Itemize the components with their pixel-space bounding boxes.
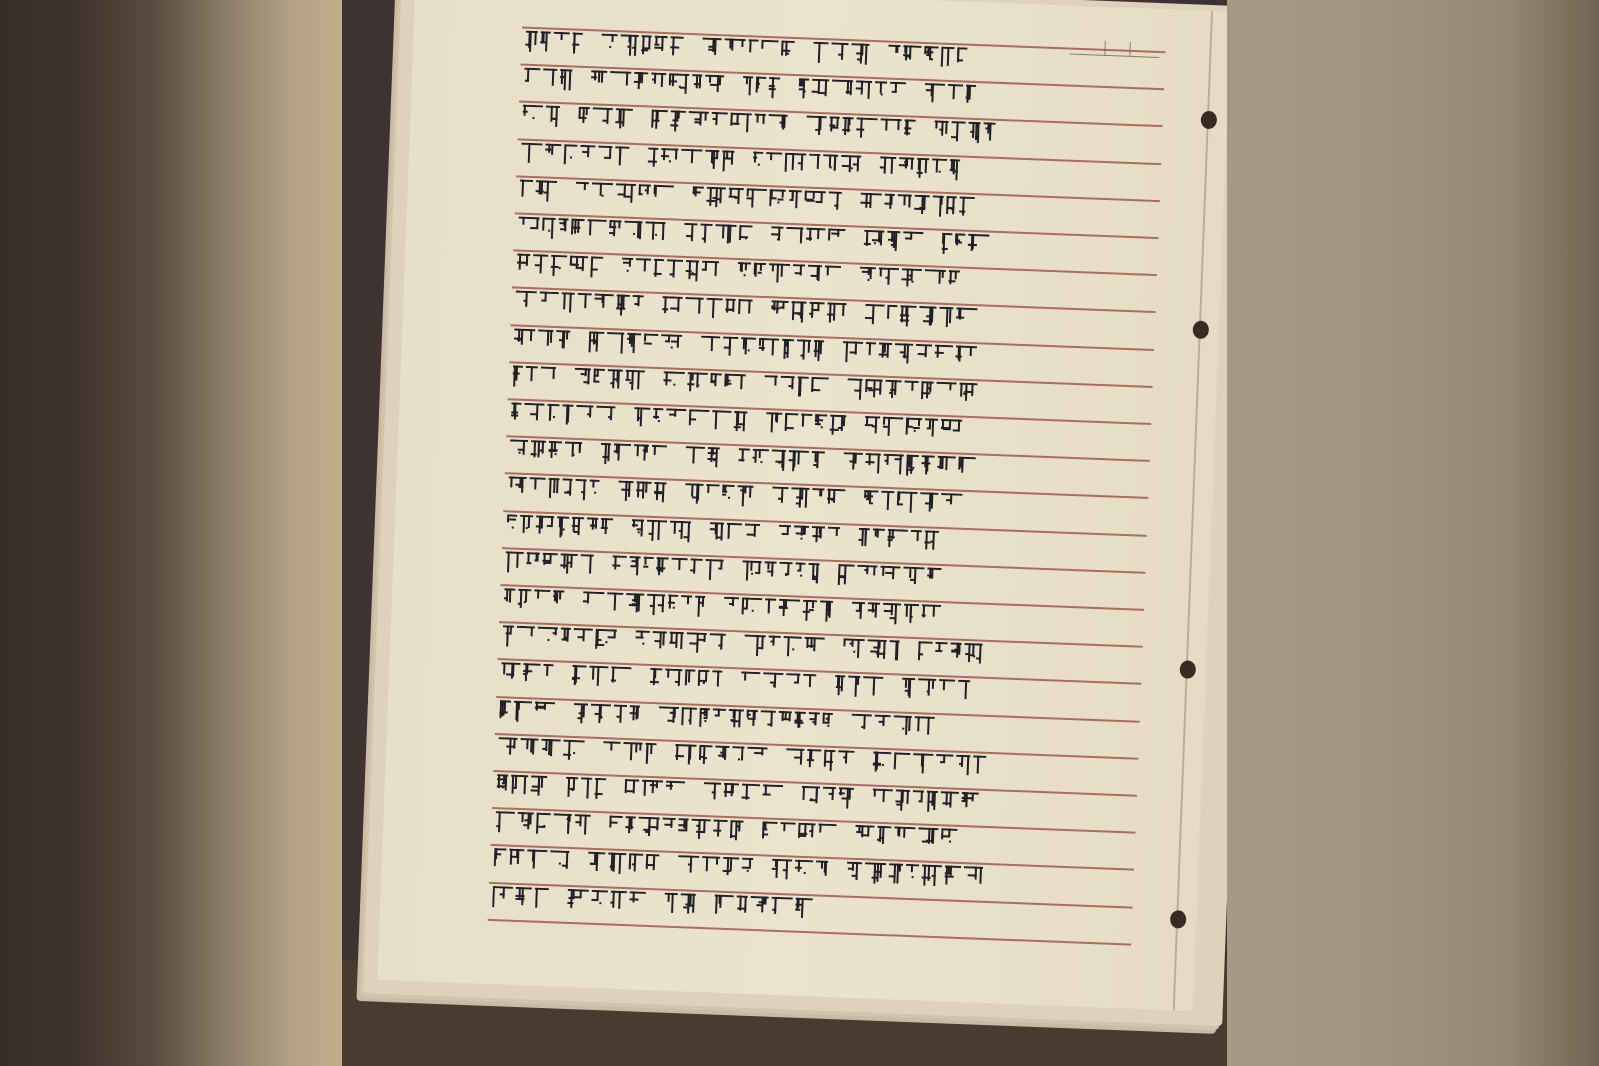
handwritten-glyph — [523, 663, 541, 690]
handwritten-glyph — [643, 556, 654, 582]
handwritten-glyph — [706, 187, 726, 214]
handwritten-glyph — [877, 826, 892, 853]
handwritten-glyph — [587, 852, 605, 879]
handwritten-glyph — [872, 751, 891, 778]
handwritten-glyph — [959, 382, 978, 409]
handwritten-glyph — [884, 193, 895, 219]
handwritten-glyph — [575, 405, 593, 432]
handwritten-glyph — [588, 666, 608, 693]
handwritten-glyph — [931, 158, 947, 185]
handwritten-glyph — [575, 182, 589, 208]
handwritten-glyph — [610, 667, 631, 694]
handwritten-glyph — [688, 409, 709, 436]
handwritten-glyph — [616, 295, 630, 321]
handwritten-glyph — [521, 142, 543, 169]
handwritten-glyph — [762, 673, 783, 700]
handwritten-glyph — [788, 450, 809, 477]
handwritten-glyph — [612, 555, 627, 582]
handwritten-glyph — [753, 263, 766, 289]
handwritten-glyph — [888, 45, 901, 71]
handwritten-glyph — [513, 700, 532, 727]
handwritten-glyph — [574, 814, 591, 841]
handwritten-glyph — [721, 150, 734, 176]
handwritten-glyph — [880, 119, 902, 146]
handwritten-glyph — [493, 848, 506, 874]
handwritten-glyph — [609, 816, 623, 842]
handwritten-glyph — [641, 780, 663, 807]
handwritten-glyph — [700, 224, 713, 250]
handwritten-glyph — [878, 342, 892, 368]
handwritten-glyph — [512, 365, 523, 391]
handwritten-glyph — [940, 493, 962, 520]
handwritten-glyph — [801, 786, 820, 813]
handwritten-glyph — [550, 255, 567, 282]
handwritten-glyph — [793, 525, 809, 552]
handwritten-glyph — [748, 39, 759, 65]
handwritten-glyph — [771, 450, 786, 477]
handwritten-glyph — [625, 816, 636, 842]
handwritten-glyph — [865, 379, 883, 406]
handwritten-glyph — [838, 787, 854, 814]
handwritten-glyph — [499, 700, 511, 726]
handwritten-glyph — [750, 896, 769, 923]
handwritten-glyph — [879, 156, 896, 183]
handwritten-glyph — [784, 413, 798, 439]
handwritten-glyph — [665, 781, 685, 808]
handwritten-glyph — [542, 217, 556, 243]
handwritten-glyph — [503, 588, 515, 614]
handwritten-glyph — [511, 402, 522, 428]
handwritten-glyph — [654, 482, 667, 508]
handwritten-glyph — [905, 418, 922, 445]
handwritten-glyph — [722, 485, 735, 511]
handwritten-glyph — [677, 856, 699, 883]
handwritten-glyph — [949, 159, 960, 185]
handwritten-glyph — [851, 602, 865, 628]
handwritten-glyph — [847, 676, 860, 702]
handwritten-glyph — [524, 403, 545, 430]
handwritten-glyph — [545, 143, 562, 170]
handwritten-glyph — [516, 626, 535, 653]
handwritten-glyph — [595, 629, 617, 656]
handwritten-glyph — [569, 256, 588, 283]
handwritten-glyph — [894, 827, 916, 854]
handwritten-glyph — [784, 152, 806, 179]
handwritten-glyph — [517, 589, 531, 615]
handwritten-glyph — [723, 597, 739, 624]
handwritten-glyph — [600, 443, 611, 469]
handwritten-glyph — [549, 851, 569, 878]
handwritten-glyph — [771, 487, 788, 514]
handwritten-glyph — [808, 563, 820, 589]
handwritten-glyph — [768, 263, 790, 290]
handwritten-glyph — [914, 195, 930, 222]
handwritten-glyph — [878, 268, 899, 295]
handwritten-glyph — [917, 679, 936, 706]
handwritten-glyph — [865, 342, 876, 368]
handwritten-glyph — [526, 850, 547, 877]
handwritten-glyph — [522, 105, 543, 132]
handwritten-glyph — [573, 703, 588, 730]
handwritten-glyph — [635, 258, 651, 285]
handwritten-glyph — [574, 368, 591, 395]
handwritten-glyph — [788, 190, 802, 216]
handwritten-glyph — [626, 332, 641, 359]
handwritten-glyph — [903, 604, 919, 631]
handwritten-glyph — [724, 373, 746, 400]
handwritten-glyph — [636, 482, 652, 509]
handwritten-glyph — [510, 775, 528, 802]
handwritten-glyph — [530, 775, 547, 802]
handwritten-glyph — [633, 72, 648, 99]
handwritten-glyph — [660, 334, 682, 361]
handwritten-glyph — [652, 631, 667, 658]
handwritten-glyph — [704, 149, 719, 176]
handwritten-glyph — [893, 752, 910, 779]
handwritten-glyph — [670, 36, 684, 62]
handwritten-glyph — [675, 744, 697, 771]
handwritten-glyph — [633, 444, 649, 471]
handwritten-glyph — [827, 303, 847, 330]
handwritten-glyph — [800, 414, 812, 440]
handwritten-glyph — [609, 71, 631, 98]
handwritten-glyph — [706, 298, 723, 325]
handwritten-glyph — [761, 40, 779, 67]
handwritten-glyph — [783, 636, 802, 663]
handwritten-glyph — [934, 344, 953, 371]
handwritten-glyph — [691, 74, 702, 100]
handwritten-glyph — [940, 828, 957, 855]
handwritten-glyph — [808, 712, 820, 738]
handwritten-glyph — [874, 81, 887, 107]
handwritten-glyph — [625, 593, 644, 620]
handwritten-glyph — [666, 259, 683, 286]
handwritten-glyph — [701, 261, 719, 288]
handwritten-glyph — [959, 196, 975, 223]
handwritten-glyph — [921, 455, 935, 481]
blurred-background-left — [0, 0, 342, 1066]
handwritten-glyph — [580, 554, 594, 580]
handwritten-glyph — [926, 791, 938, 817]
handwritten-glyph — [937, 456, 956, 483]
handwritten-glyph — [707, 447, 720, 473]
handwritten-glyph — [625, 370, 645, 397]
handwritten-glyph — [492, 886, 513, 913]
handwritten-glyph — [505, 551, 524, 578]
handwritten-glyph — [631, 519, 644, 545]
handwritten-glyph — [685, 260, 699, 286]
handwritten-glyph — [901, 678, 915, 704]
handwritten-glyph — [563, 739, 585, 766]
handwritten-glyph — [658, 706, 679, 733]
handwritten-glyph — [855, 825, 875, 852]
handwritten-glyph — [921, 604, 941, 631]
handwritten-glyph — [645, 221, 666, 248]
handwritten-glyph — [798, 78, 809, 104]
handwritten-glyph — [590, 257, 603, 283]
page-stack — [363, 0, 1227, 1026]
handwritten-glyph — [780, 376, 795, 403]
handwritten-glyph — [571, 665, 586, 692]
handwritten-glyph — [798, 823, 816, 850]
handwritten-glyph — [958, 457, 976, 484]
handwritten-glyph — [741, 597, 762, 624]
handwritten-glyph — [964, 643, 983, 670]
handwritten-glyph — [738, 299, 753, 326]
handwritten-glyph — [686, 632, 707, 659]
handwritten-glyph — [872, 528, 885, 554]
handwritten-glyph — [685, 484, 704, 511]
handwritten-glyph — [594, 778, 606, 804]
handwritten-glyph — [795, 562, 806, 588]
handwritten-glyph — [705, 559, 724, 586]
handwritten-glyph — [534, 887, 549, 914]
handwritten-glyph — [811, 526, 825, 552]
handwritten-glyph — [941, 47, 955, 73]
handwritten-glyph — [663, 371, 685, 398]
handwritten-glyph — [664, 669, 682, 696]
handwritten-glyph — [874, 714, 891, 741]
handwritten-glyph — [651, 445, 667, 472]
handwritten-glyph — [525, 366, 538, 392]
handwritten-glyph — [954, 233, 965, 259]
handwritten-glyph — [924, 46, 939, 73]
handwritten-glyph — [864, 416, 880, 443]
handwritten-glyph — [628, 854, 643, 881]
handwritten-glyph — [530, 440, 546, 467]
handwritten-glyph — [699, 745, 713, 771]
handwritten-glyph — [629, 556, 641, 582]
notebook-photo — [342, 0, 1227, 1066]
handwritten-glyph — [730, 113, 752, 140]
handwritten-glyph — [555, 330, 570, 357]
handwritten-glyph — [752, 449, 769, 476]
handwritten-glyph — [548, 478, 560, 504]
handwritten-glyph — [589, 480, 600, 506]
handwritten-glyph — [733, 411, 747, 437]
handwritten-glyph — [740, 672, 760, 699]
handwritten-glyph — [646, 519, 667, 546]
handwritten-glyph — [924, 269, 946, 296]
handwritten-glyph — [924, 418, 938, 444]
handwritten-glyph — [901, 268, 922, 295]
handwritten-glyph — [723, 783, 739, 810]
handwritten-glyph — [968, 122, 981, 148]
handwritten-glyph — [754, 114, 766, 140]
handwritten-glyph — [649, 668, 662, 694]
handwritten-glyph — [539, 292, 559, 319]
handwritten-glyph — [809, 302, 825, 329]
handwritten-glyph — [813, 42, 829, 69]
handwritten-glyph — [508, 849, 524, 876]
handwritten-glyph — [681, 707, 697, 734]
handwritten-glyph — [660, 148, 678, 175]
handwritten-glyph — [662, 297, 683, 324]
handwritten-glyph — [559, 69, 572, 95]
handwritten-glyph — [880, 565, 901, 592]
handwritten-glyph — [590, 70, 607, 97]
handwritten-glyph — [912, 753, 933, 780]
handwritten-glyph — [822, 154, 838, 181]
handwritten-glyph — [944, 866, 961, 893]
handwritten-glyph — [932, 195, 944, 221]
handwritten-glyph — [613, 444, 631, 471]
handwritten-glyph — [824, 266, 841, 293]
handwritten-glyph — [768, 636, 781, 662]
handwritten-glyph — [831, 42, 849, 69]
handwritten-glyph — [536, 813, 551, 840]
handwritten-glyph — [635, 631, 650, 658]
handwritten-glyph — [955, 345, 977, 372]
handwritten-glyph — [864, 863, 886, 890]
handwritten-glyph — [506, 514, 517, 540]
handwritten-glyph — [638, 817, 660, 844]
handwritten-glyph — [827, 228, 845, 255]
handwritten-glyph — [838, 564, 855, 591]
handwritten-glyph — [664, 892, 678, 918]
handwritten-glyph — [609, 220, 622, 246]
handwritten-glyph — [919, 493, 938, 520]
handwritten-glyph — [722, 336, 738, 363]
handwritten-glyph — [592, 108, 613, 135]
handwritten-glyph — [955, 755, 970, 782]
handwritten-glyph — [665, 408, 686, 435]
handwritten-glyph — [700, 335, 720, 362]
handwritten-glyph — [541, 739, 561, 766]
handwritten-glyph — [606, 332, 624, 359]
handwritten-glyph — [807, 265, 822, 292]
handwritten-glyph — [615, 109, 633, 136]
handwritten-glyph — [669, 632, 684, 659]
handwritten-glyph — [781, 40, 795, 66]
handwritten-glyph — [792, 264, 805, 290]
handwritten-glyph — [967, 234, 989, 261]
handwritten-glyph — [560, 553, 578, 580]
handwritten-glyph — [806, 116, 827, 143]
handwritten-glyph — [827, 526, 840, 552]
handwritten-glyph — [781, 338, 794, 364]
handwritten-glyph — [543, 664, 554, 690]
handwritten-glyph — [811, 451, 825, 477]
blurred-background-right — [1227, 0, 1599, 1066]
handwritten-glyph — [741, 784, 760, 811]
handwritten-glyph — [610, 890, 627, 917]
handwritten-glyph — [886, 231, 900, 257]
handwritten-glyph — [542, 553, 558, 580]
handwritten-glyph — [725, 299, 736, 325]
handwritten-glyph — [670, 111, 686, 138]
handwritten-glyph — [515, 291, 537, 318]
handwritten-glyph — [501, 663, 521, 690]
handwritten-glyph — [935, 642, 948, 668]
handwritten-glyph — [613, 704, 627, 730]
handwritten-glyph — [863, 490, 878, 517]
handwritten-glyph — [935, 754, 953, 781]
handwritten-glyph — [906, 455, 919, 481]
handwritten-glyph — [680, 893, 696, 920]
handwritten-glyph — [684, 670, 695, 696]
handwritten-glyph — [624, 779, 639, 806]
handwritten-glyph — [785, 674, 800, 701]
handwritten-glyph — [688, 111, 709, 138]
handwritten-glyph — [819, 600, 833, 626]
handwritten-glyph — [535, 180, 557, 207]
handwritten-glyph — [571, 516, 584, 542]
handwritten-glyph — [629, 891, 646, 918]
handwritten-glyph — [802, 674, 816, 700]
handwritten-glyph — [495, 811, 515, 838]
stitch-hole-icon — [1201, 111, 1218, 130]
handwritten-glyph — [653, 184, 674, 211]
handwritten-glyph — [579, 144, 595, 171]
handwritten-glyph — [552, 590, 564, 616]
handwritten-glyph — [498, 737, 518, 764]
handwritten-glyph — [684, 223, 698, 249]
handwritten-glyph — [704, 75, 724, 102]
handwritten-glyph — [740, 337, 756, 364]
handwritten-glyph — [671, 557, 688, 584]
handwritten-glyph — [956, 47, 967, 73]
handwritten-glyph — [910, 529, 922, 555]
handwritten-glyph — [647, 147, 658, 173]
handwritten-glyph — [760, 710, 776, 737]
handwritten-glyph — [614, 146, 629, 173]
handwritten-glyph — [709, 633, 726, 660]
handwritten-glyph — [732, 746, 745, 772]
handwritten-glyph — [887, 305, 898, 331]
handwritten-glyph — [895, 789, 910, 816]
handwritten-glyph — [561, 404, 573, 430]
handwritten-glyph — [865, 304, 885, 331]
handwritten-glyph — [523, 68, 540, 95]
handwritten-glyph — [867, 602, 880, 628]
handwritten-glyph — [912, 790, 924, 816]
handwritten-glyph — [778, 710, 792, 736]
handwritten-glyph — [699, 707, 710, 733]
handwritten-glyph — [744, 635, 766, 662]
handwritten-glyph — [694, 596, 705, 622]
handwritten-glyph — [632, 295, 644, 321]
handwritten-glyph — [687, 372, 708, 399]
handwritten-glyph — [814, 414, 827, 440]
handwritten-glyph — [950, 643, 962, 669]
handwritten-glyph — [896, 492, 917, 519]
handwritten-glyph — [900, 306, 917, 333]
handwritten-glyph — [829, 117, 840, 143]
handwritten-glyph — [831, 80, 853, 107]
handwritten-glyph — [768, 114, 788, 141]
handwritten-glyph — [843, 639, 865, 666]
handwritten-glyph — [573, 628, 593, 655]
handwritten-glyph — [955, 308, 977, 335]
handwritten-glyph — [795, 897, 813, 924]
handwritten-glyph — [919, 306, 937, 333]
handwritten-glyph — [703, 782, 721, 809]
handwritten-glyph — [826, 489, 845, 516]
handwritten-glyph — [744, 523, 760, 550]
handwritten-glyph — [571, 219, 585, 245]
handwritten-glyph — [726, 522, 742, 549]
handwritten-glyph — [593, 368, 605, 394]
handwritten-glyph — [779, 562, 793, 588]
handwritten-glyph — [633, 407, 650, 434]
handwritten-glyph — [591, 889, 608, 916]
handwritten-glyph — [859, 267, 876, 294]
handwritten-glyph — [863, 230, 884, 257]
handwritten-glyph — [865, 453, 881, 480]
handwritten-glyph — [517, 812, 534, 839]
handwritten-glyph — [709, 522, 724, 549]
